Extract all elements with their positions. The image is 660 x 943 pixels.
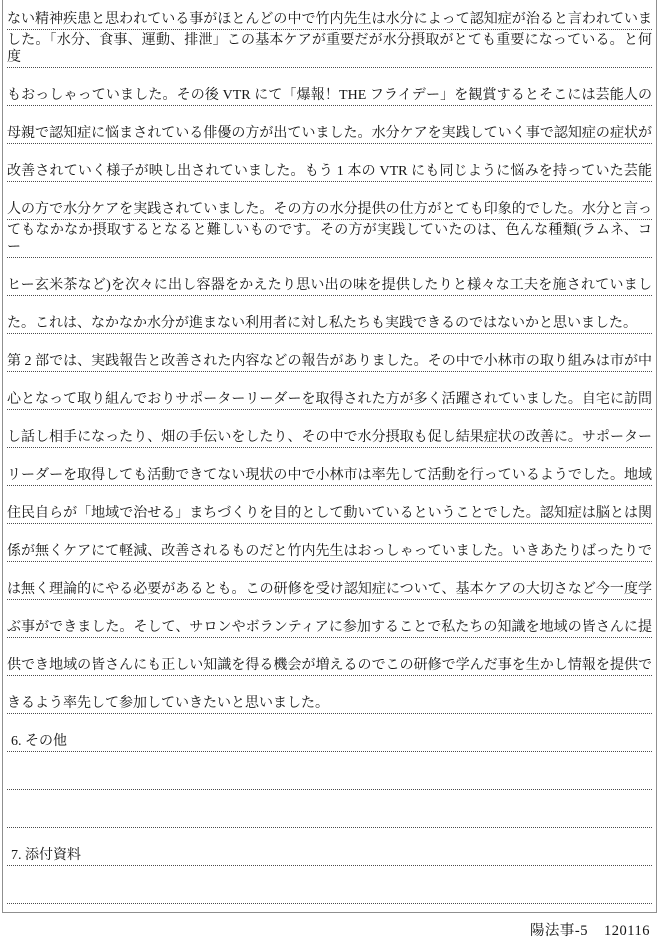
text-line-content: ぶ事ができました。そして、サロンやボランティアに参加することで私たちの知識を地域… — [7, 619, 652, 637]
text-line-content: した。「水分、食事、運動、排泄」この基本ケアが重要だが水分摂取がとても重要になっ… — [7, 32, 652, 67]
text-line-content: ヒー玄米茶など)を次々に出し容器をかえたり思い出の味を提供したりと様々な工夫を施… — [7, 277, 652, 295]
document-number: 120116 — [604, 923, 650, 939]
text-line: 住民自らが「地域で治せる」まちづくりを目的として動いているということでした。認知… — [7, 486, 652, 524]
section-6-heading: 6. その他 — [7, 714, 652, 752]
text-line-content: リーダーを取得しても活動できてない現状の中で小林市は率先して活動を行っているよう… — [7, 467, 652, 485]
text-line-content: 改善されていく様子が映し出されていました。もう 1 本の VTR にも同じように… — [7, 163, 652, 181]
document-code: 陽法事-5 — [530, 923, 588, 939]
text-line: 係が無くケアにて軽減、改善されるものだと竹内先生はおっしゃっていました。いきあた… — [7, 524, 652, 562]
text-line: てもなかなか摂取するとなると難しいものです。その方が実践していたのは、色んな種類… — [7, 220, 652, 258]
section-7-heading: 7. 添付資料 — [7, 828, 652, 866]
text-line-content: きるよう率先して参加していきたいと思いました。 — [7, 695, 652, 713]
text-line: た。これは、なかなか水分が進まない利用者に対し私たちも実践できるのではないかと思… — [7, 296, 652, 334]
blank-ruled-line — [7, 866, 652, 904]
blank-line-content — [7, 902, 652, 903]
blank-ruled-line — [7, 752, 652, 790]
text-line-content: は無く理論的にやる必要があるとも。この研修を受け認知症について、基本ケアの大切さ… — [7, 581, 652, 599]
text-line-content: もおっしゃっていました。その後 VTR にて「爆報！THE フライデー」を観賞す… — [7, 87, 652, 105]
text-line-content: ない精神疾患と思われている事がほとんどの中で竹内先生は水分によって認知症が治ると… — [7, 11, 652, 29]
section-6-label: 6. その他 — [7, 733, 652, 751]
section-7-label: 7. 添付資料 — [7, 847, 652, 865]
text-line-content: てもなかなか摂取するとなると難しいものです。その方が実践していたのは、色んな種類… — [7, 222, 652, 257]
text-line: もおっしゃっていました。その後 VTR にて「爆報！THE フライデー」を観賞す… — [7, 68, 652, 106]
text-line-content: 供でき地域の皆さんにも正しい知識を得る機会が増えるのでこの研修で学んだ事を生かし… — [7, 657, 652, 675]
text-line: した。「水分、食事、運動、排泄」この基本ケアが重要だが水分摂取がとても重要になっ… — [7, 30, 652, 68]
report-text-frame: ない精神疾患と思われている事がほとんどの中で竹内先生は水分によって認知症が治ると… — [2, 0, 657, 913]
text-line: 供でき地域の皆さんにも正しい知識を得る機会が増えるのでこの研修で学んだ事を生かし… — [7, 638, 652, 676]
text-line: 改善されていく様子が映し出されていました。もう 1 本の VTR にも同じように… — [7, 144, 652, 182]
text-line-content: 第 2 部では、実践報告と改善された内容などの報告がありました。その中で小林市の… — [7, 353, 652, 371]
text-line-content: 人の方で水分ケアを実践されていました。その方の水分提供の仕方がとても印象的でした… — [7, 201, 652, 219]
text-line-content: 係が無くケアにて軽減、改善されるものだと竹内先生はおっしゃっていました。いきあた… — [7, 543, 652, 561]
text-line: きるよう率先して参加していきたいと思いました。 — [7, 676, 652, 714]
text-line: ぶ事ができました。そして、サロンやボランティアに参加することで私たちの知識を地域… — [7, 600, 652, 638]
text-line: し話し相手になったり、畑の手伝いをしたり、その中で水分摂取も促し結果症状の改善に… — [7, 410, 652, 448]
text-line: リーダーを取得しても活動できてない現状の中で小林市は率先して活動を行っているよう… — [7, 448, 652, 486]
blank-line-content — [7, 788, 652, 789]
text-line: 第 2 部では、実践報告と改善された内容などの報告がありました。その中で小林市の… — [7, 334, 652, 372]
text-line: 心となって取り組んでおりサポーターリーダーを取得された方が多く活躍されていました… — [7, 372, 652, 410]
blank-ruled-line — [7, 790, 652, 828]
text-line: は無く理論的にやる必要があるとも。この研修を受け認知症について、基本ケアの大切さ… — [7, 562, 652, 600]
blank-line-content — [7, 826, 652, 827]
text-line-content: た。これは、なかなか水分が進まない利用者に対し私たちも実践できるのではないかと思… — [7, 315, 652, 333]
text-line: ヒー玄米茶など)を次々に出し容器をかえたり思い出の味を提供したりと様々な工夫を施… — [7, 258, 652, 296]
text-line: ない精神疾患と思われている事がほとんどの中で竹内先生は水分によって認知症が治ると… — [7, 0, 652, 30]
text-line-content: し話し相手になったり、畑の手伝いをしたり、その中で水分摂取も促し結果症状の改善に… — [7, 429, 652, 447]
page-footer: 陽法事-5120116 — [530, 919, 650, 940]
text-line-content: 母親で認知症に悩まされている俳優の方が出ていました。水分ケアを実践していく事で認… — [7, 125, 652, 143]
text-line: 母親で認知症に悩まされている俳優の方が出ていました。水分ケアを実践していく事で認… — [7, 106, 652, 144]
document-page: ない精神疾患と思われている事がほとんどの中で竹内先生は水分によって認知症が治ると… — [0, 0, 660, 943]
text-line: 人の方で水分ケアを実践されていました。その方の水分提供の仕方がとても印象的でした… — [7, 182, 652, 220]
text-line-content: 住民自らが「地域で治せる」まちづくりを目的として動いているということでした。認知… — [7, 505, 652, 523]
text-line-content: 心となって取り組んでおりサポーターリーダーを取得された方が多く活躍されていました… — [7, 391, 652, 409]
